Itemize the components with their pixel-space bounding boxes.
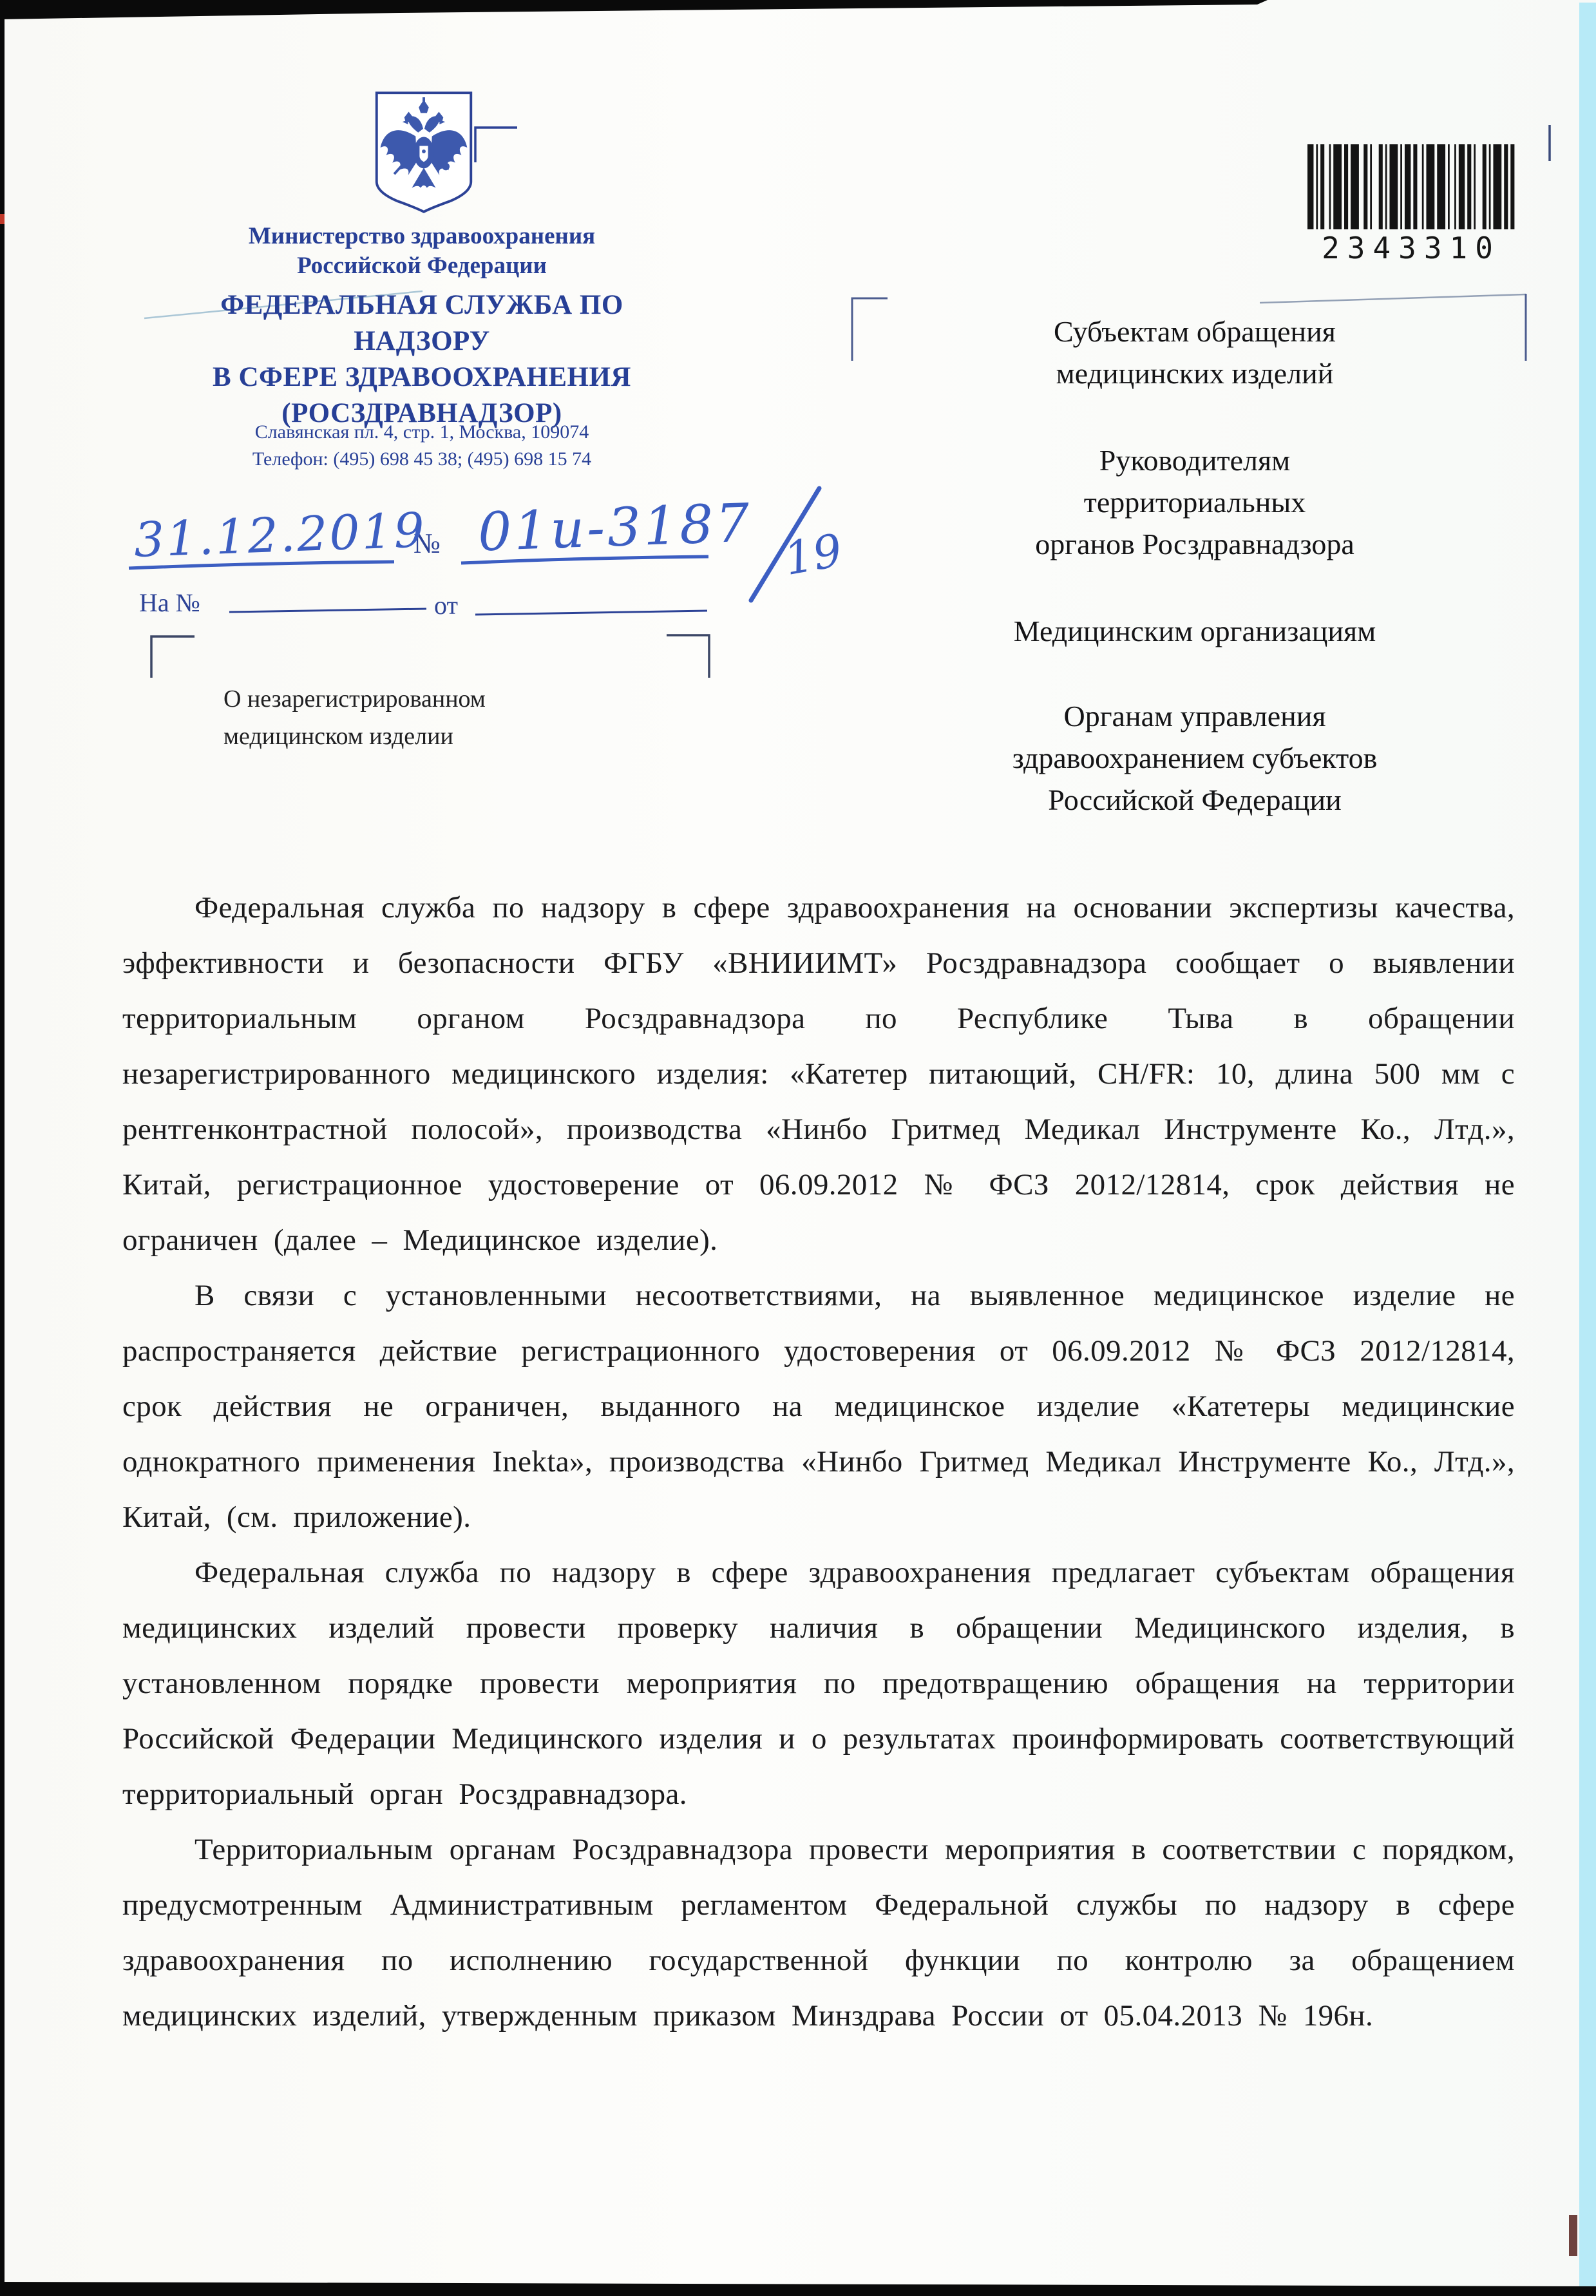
corner-mark-recipients-left <box>852 298 888 361</box>
handwritten-number-suffix: 19 <box>781 524 846 586</box>
reply-date-label: от <box>434 590 458 620</box>
letterhead-address: Славянская пл. 4, стр. 1, Москва, 109074 <box>164 419 679 446</box>
recipient-line: Медицинским организациям <box>921 610 1468 652</box>
corner-mark-top-left <box>475 128 517 162</box>
subject-line2: медицинском изделии <box>223 718 486 755</box>
handwritten-outgoing-number: 01и-3187 <box>477 493 753 564</box>
service-name: ФЕДЕРАЛЬНАЯ СЛУЖБА ПО НАДЗОРУ В СФЕРЕ ЗД… <box>164 287 679 432</box>
recipient-line: Субъектам обращения <box>921 311 1468 352</box>
scan-mark-left-dot <box>0 214 5 224</box>
barcode-bars <box>1307 144 1515 229</box>
service-line1: ФЕДЕРАЛЬНАЯ СЛУЖБА ПО НАДЗОРУ <box>164 287 679 359</box>
recipient-group-subjects: Субъектам обращения медицинских изделий <box>921 311 1468 394</box>
body-paragraph-2: В связи с установленными несоответствиям… <box>122 1268 1515 1545</box>
scanned-letter-page: Министерство здравоохранения Российской … <box>0 0 1596 2296</box>
registration-barcode: 2343310 <box>1307 144 1515 265</box>
corner-mark-subject-left <box>151 636 195 678</box>
fold-line-recipients <box>1260 294 1526 303</box>
scan-edge-left <box>0 0 5 2296</box>
recipient-line: здравоохранением субъектов <box>921 737 1468 779</box>
reply-reference-label: На № <box>139 588 200 618</box>
recipient-group-health-authorities: Органам управления здравоохранением субъ… <box>921 695 1468 821</box>
recipient-group-medical-organizations: Медицинским организациям <box>921 610 1468 652</box>
letterhead-contacts: Славянская пл. 4, стр. 1, Москва, 109074… <box>164 419 679 473</box>
body-paragraph-3: Федеральная служба по надзору в сфере зд… <box>122 1545 1515 1822</box>
service-line2: В СФЕРЕ ЗДРАВООХРАНЕНИЯ <box>164 359 679 396</box>
ministry-line1: Министерство здравоохранения <box>164 222 679 251</box>
scan-mark-right <box>1569 2215 1577 2256</box>
rule-na-date <box>475 611 707 615</box>
scan-edge-cyan-strip <box>1579 3 1596 2291</box>
recipient-group-territorial-heads: Руководителям территориальных органов Ро… <box>921 439 1468 565</box>
recipient-line: медицинских изделий <box>921 352 1468 394</box>
ministry-line2: Российской Федерации <box>164 251 679 281</box>
recipient-line: Руководителям <box>921 439 1468 481</box>
rule-na-number <box>229 609 426 612</box>
recipient-line: Российской Федерации <box>921 779 1468 821</box>
corner-mark-subject-right <box>667 635 709 678</box>
subject-line1: О незарегистрированном <box>223 680 486 718</box>
body-paragraph-4: Территориальным органам Росздравнадзора … <box>122 1822 1515 2043</box>
letterhead-phone: Телефон: (495) 698 45 38; (495) 698 15 7… <box>164 446 679 473</box>
scan-edge-top <box>0 0 1268 19</box>
scan-edge-bottom <box>0 2282 1596 2296</box>
letter-body: Федеральная служба по надзору в сфере зд… <box>122 880 1515 2043</box>
letter-subject: О незарегистрированном медицинском издел… <box>223 680 486 755</box>
barcode-digits: 2343310 <box>1307 231 1515 265</box>
recipient-line: органов Росздравнадзора <box>921 523 1468 565</box>
recipient-line: территориальных <box>921 481 1468 523</box>
handwritten-date: 31.12.2019 <box>133 502 427 568</box>
body-paragraph-1: Федеральная служба по надзору в сфере зд… <box>122 880 1515 1268</box>
recipient-line: Органам управления <box>921 695 1468 737</box>
ministry-name: Министерство здравоохранения Российской … <box>164 222 679 281</box>
russia-coat-of-arms-icon <box>370 88 477 215</box>
